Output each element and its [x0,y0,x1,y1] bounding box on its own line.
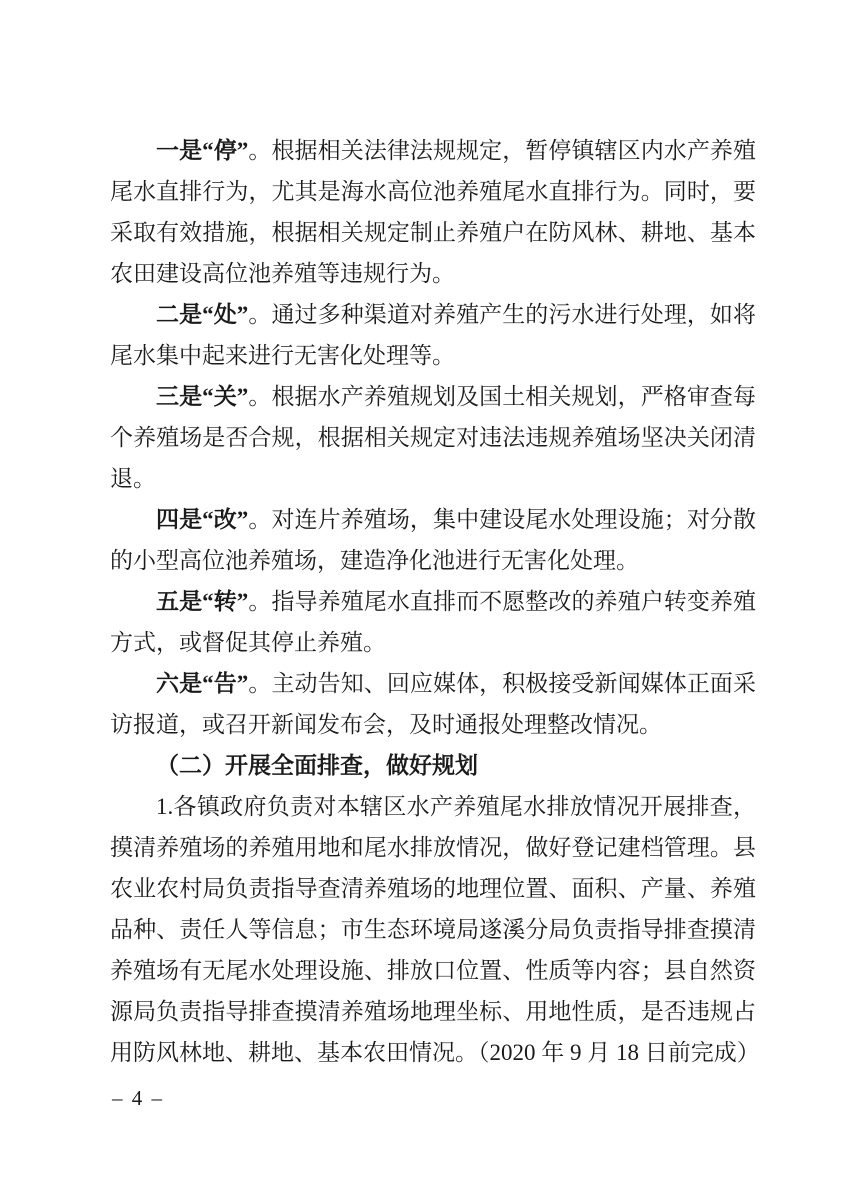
paragraph-measure-stop: 一是“停”。根据相关法律法规规定，暂停镇辖区内水产养殖尾水直排行为，尤其是海水高… [110,130,756,294]
page-number: – 4 – [112,1086,164,1110]
paragraph-lead-treat: 二是“处” [156,302,248,327]
paragraph-lead-improve: 四是“改” [156,507,248,532]
paragraph-lead-stop: 一是“停” [156,138,248,163]
paragraph-survey-task: 1.各镇政府负责对本辖区水产养殖尾水排放情况开展排查，摸清养殖场的养殖用地和尾水… [110,786,756,1073]
document-page: 一是“停”。根据相关法律法规规定，暂停镇辖区内水产养殖尾水直排行为，尤其是海水高… [0,0,850,1201]
paragraph-lead-close: 三是“关” [156,384,248,409]
section-heading: （二）开展全面排查，做好规划 [110,745,756,786]
paragraph-measure-transform: 五是“转”。指导养殖尾水直排而不愿整改的养殖户转变养殖方式，或督促其停止养殖。 [110,581,756,663]
paragraph-measure-treat: 二是“处”。通过多种渠道对养殖产生的污水进行处理，如将尾水集中起来进行无害化处理… [110,294,756,376]
paragraph-measure-improve: 四是“改”。对连片养殖场，集中建设尾水处理设施；对分散的小型高位池养殖场，建造净… [110,499,756,581]
document-body: 一是“停”。根据相关法律法规规定，暂停镇辖区内水产养殖尾水直排行为，尤其是海水高… [110,130,756,1073]
paragraph-lead-announce: 六是“告” [156,671,248,696]
paragraph-measure-close: 三是“关”。根据水产养殖规划及国土相关规划，严格审查每个养殖场是否合规，根据相关… [110,376,756,499]
paragraph-lead-transform: 五是“转” [156,589,248,614]
paragraph-measure-announce: 六是“告”。主动告知、回应媒体，积极接受新闻媒体正面采访报道，或召开新闻发布会，… [110,663,756,745]
paragraph-text: 1.各镇政府负责对本辖区水产养殖尾水排放情况开展排查，摸清养殖场的养殖用地和尾水… [110,794,760,1065]
